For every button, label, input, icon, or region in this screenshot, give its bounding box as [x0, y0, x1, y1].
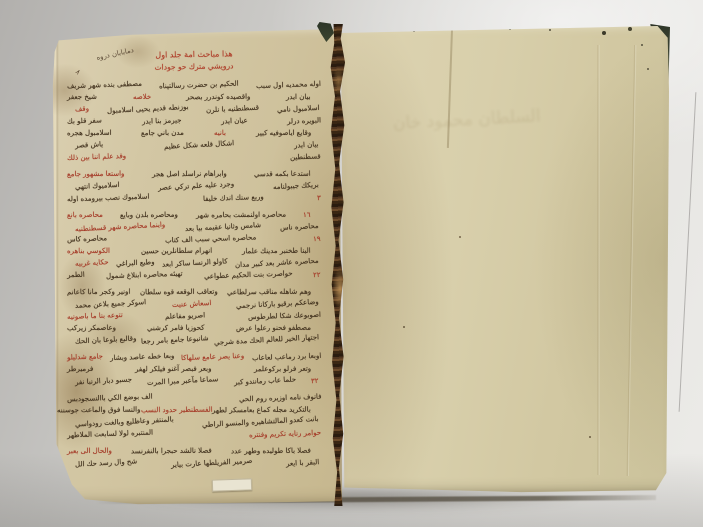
- script-entry-red: جامع شدليلو: [67, 352, 103, 361]
- script-entry-red: واستعا مشهور جامع: [67, 170, 124, 179]
- script-entry-red: ١٦: [303, 211, 311, 219]
- script-entry-red: ٣٢: [311, 377, 319, 385]
- script-entry: والنسا فوق والماعت جوسننه: [57, 406, 141, 415]
- script-row: ٣٢حلما عاب رمانندو كبرسماعا مآعبر مبرا ا…: [65, 373, 323, 385]
- left-page: دمابابان دروه ٨ هذا مباحث امة جلد اول در…: [50, 28, 342, 506]
- script-entry-red: ٣: [317, 194, 321, 202]
- script-entry: استدعا بكمه قدسي: [254, 170, 311, 178]
- script-entry: وقايع اياصوفيه كبير: [256, 129, 311, 137]
- script-row: اوله محمديه اول سببالحكيم بن حضرت رسالتپ…: [65, 77, 323, 89]
- script-entry-red: خلاصه: [133, 93, 151, 101]
- script-entry: شيخ جعفر: [67, 93, 97, 101]
- script-row: وضاعكم برقيو باركانا نرجمياسعاش عنيتاسوك…: [65, 296, 323, 308]
- edge-label-sticker: [212, 478, 252, 491]
- script-entry: وتعر فرلو بركوعلمر: [254, 365, 311, 373]
- script-entry: فصلا نالشد حبجرا بالنفرنسد: [131, 447, 212, 456]
- right-page: السلطان محمود خان: [341, 26, 669, 494]
- script-row: بانت كعدو المالتشاهيره والمنسو الراطيبال…: [65, 414, 323, 426]
- script-entry: وتعاقب الوقعه قوه سلطان: [140, 288, 218, 297]
- script-entry: تهيئه محاصره ابنلاغ شمول: [106, 270, 183, 281]
- script-row: البقر با ايعرصرمير الفريلطها عارت بيايرش…: [65, 455, 323, 467]
- script-entry: عيان ايدر: [220, 117, 247, 126]
- script-entry: وقالبع بلوعا بان الحك: [75, 334, 137, 345]
- script-entry: جيرمز بنا ايدر: [141, 116, 181, 125]
- ink-showthrough-text: السلطان محمود خان: [393, 106, 541, 134]
- script-row: بريكك جيبولنامهوجرد عليه علم تركي عصراسل…: [65, 178, 323, 190]
- script-entry: مصطفو فحنو رعلوا عرض: [236, 324, 311, 333]
- script-entry: كحوزيا فامر كرشني: [147, 324, 205, 333]
- script-entry-red: الفسطنطير حدود النسب: [141, 406, 213, 415]
- script-entry: شانبوعا جامع بامر رجعا: [141, 334, 209, 346]
- script-entry: صرمير الفريلطها عارت بياير: [171, 457, 253, 469]
- script-entry: وبعر فبصر آغنو فيلكر لهفر: [135, 365, 212, 374]
- script-entry: البويره درلر: [287, 116, 321, 125]
- manuscript-text-block: هذا مباحث امة جلد اول درويشي مترك حو جود…: [65, 50, 323, 486]
- script-entry: اصريو مفاعلم: [165, 311, 205, 320]
- script-entry: المنتبره لولا لسابعت الملاطهر: [67, 429, 153, 440]
- script-row: محاصره ناسشامس وثانيا عقيمه بيا بعدواينم…: [65, 219, 323, 231]
- script-row: اصوبوعك شكا لطرطوساصريو مفاعلمتتوعه بنا …: [65, 308, 323, 320]
- script-entry-red: الكوسي بناهره: [67, 247, 110, 255]
- script-entry: ياش قصر: [75, 140, 104, 149]
- script-entry: الطمر: [67, 271, 85, 280]
- script-entry: مدن باني جامع: [141, 129, 184, 137]
- script-entry: البنا طخنبر مدينك علمار: [242, 247, 311, 256]
- script-row: اجتهار الخير للعالم الحك مدة شرجيشانبوعا…: [65, 332, 323, 344]
- script-entry-red: وقف: [75, 105, 89, 114]
- script-row: مصطفو فحنو رعلوا عرضكحوزيا فامر كرشنيوعا…: [65, 320, 323, 332]
- script-entry-red: بانيه: [214, 129, 226, 137]
- script-row: وتعر فرلو بركوعلمروبعر فبصر آغنو فيلكر ل…: [65, 361, 323, 373]
- script-row: فانوف نامه اوزيره روم الحيالف بوضع الكي …: [65, 390, 323, 402]
- script-row: وقايع اياصوفيه كبيربانيهمدن باني جامعاسل…: [65, 125, 323, 137]
- script-entry-red: محاصره بانع: [67, 211, 103, 219]
- page-crease: [597, 45, 600, 476]
- script-entry: بالتكريد مجله كماع بعامسكر لطهر: [212, 406, 311, 415]
- script-row: ١٦محاصره اولنمشت بحامره شهرومحاصره بلدن …: [65, 207, 323, 219]
- script-row: ٢٢حواصرت بنت الحكيم عطواعيتهيئه محاصره ا…: [65, 267, 323, 279]
- script-entry: وربع سنك اندك خليفا: [203, 193, 264, 203]
- script-entry: اجتهار الخير للعالم الحك مدة شرجي: [214, 333, 319, 346]
- script-entry: وابراهام نراسلد اصل هجر: [152, 170, 227, 179]
- script-entry: ومحاصره بلدن وبايع: [120, 211, 178, 220]
- script-entry: اسلامبوك نصب بيرومده اوله: [67, 193, 150, 204]
- script-entry: انهرام سلطانلرين حسين: [140, 247, 211, 256]
- page-crease: [626, 45, 637, 476]
- script-row: قسطنطينوقد علم اننا بين ذلك: [65, 149, 323, 161]
- script-entry: البقر با ايعر: [286, 458, 320, 468]
- script-row: حوامر رنايه تكريم وفنترهالمنتبره لولا لس…: [65, 426, 323, 438]
- script-entry-red: ٢٢: [313, 271, 321, 279]
- script-row: بيان ايدرواقصيده كوندرر بصحرخلاصهشيخ جعف…: [65, 89, 323, 101]
- script-row: بيان ايدراشكال قلعه شكل عظيمياش قصر: [65, 137, 323, 149]
- script-entry: سماعا مآعبر مبرا المرت: [147, 375, 219, 387]
- script-entry-red: ١٩: [313, 235, 321, 243]
- script-row: ٣وربع سنك اندك خليفااسلامبوك نصب بيرومده…: [65, 190, 323, 202]
- script-row: البنا طخنبر مدينك علمارانهرام سلطانلرين …: [65, 243, 323, 255]
- script-entry-red: حوامر رنايه تكريم وفنتره: [249, 429, 321, 440]
- script-entry: سفر قلو بك: [67, 116, 102, 125]
- script-row: البويره درلرعيان ايدرجيرمز بنا ايدرسفر ق…: [65, 113, 323, 125]
- script-entry: بيان ايدر: [286, 93, 311, 101]
- script-entry: جسبو دبار الرنبا نفر: [75, 376, 132, 387]
- script-entry: وعاصمكر زيركب: [67, 324, 116, 332]
- script-row: فصلا باكا طوليده وطهر عددفصلا نالشد حبجر…: [65, 443, 323, 455]
- script-entry: حلما عاب رمانندو كبر: [234, 375, 296, 386]
- script-entry: فرميرطر: [67, 365, 93, 373]
- script-row: وهم شاهله مناقب سرلطاعيوتعاقب الوقعه قوه…: [65, 284, 323, 296]
- script-entry: وهم شاهله مناقب سرلطاعي: [227, 288, 311, 297]
- script-entry: شح وال رسد حك الل: [75, 457, 138, 468]
- script-entry-red: والحال الى بعبر: [67, 447, 112, 455]
- script-row: بالتكريد مجله كماع بعامسكر لطهرالفسطنطير…: [65, 402, 323, 414]
- backdrop-seam-line: [679, 92, 697, 412]
- script-entry: محاصره اولنمشت بحامره شهر: [196, 211, 286, 220]
- script-entry: محاصره كاس: [67, 234, 107, 243]
- script-entry: قسطنطين: [290, 152, 321, 161]
- script-entry: بيان ايدر: [294, 140, 319, 149]
- script-row: ١٩محاصره اسحي سبب الف كتابمحاصره كاس: [65, 231, 323, 243]
- script-row: اوبعا برد رماعب لعاعابوعنا يصر عامع سلها…: [65, 349, 323, 361]
- script-row: استدعا بكمه قدسيوابراهام نراسلد اصل هجرو…: [65, 166, 323, 178]
- script-entry: واقصيده كوندرر بصحر: [186, 93, 250, 102]
- script-entry: اسلامبول هجره: [67, 129, 112, 137]
- script-entry-red: وقد علم اننا بين ذلك: [67, 152, 126, 162]
- script-row: اسلامبول ناميقسطنطنيه با نلرنبوزنطه قديم…: [65, 101, 323, 113]
- photo-scene: السلطان محمود خان دمابابان دروه ٨ هذا مب…: [0, 0, 703, 527]
- script-entry: اونير وكجر مانا كاعانم: [67, 288, 130, 297]
- manuscript-rows: اوله محمديه اول سببالحكيم بن حضرت رسالتپ…: [65, 77, 323, 467]
- script-row: محاصره عاشر بعد كبير مدانكاولو الرنسا سا…: [65, 255, 323, 267]
- script-entry: حواصرت بنت الحكيم عطواعي: [204, 269, 293, 280]
- script-entry: فصلا باكا طوليده وطهر عدد: [231, 447, 311, 456]
